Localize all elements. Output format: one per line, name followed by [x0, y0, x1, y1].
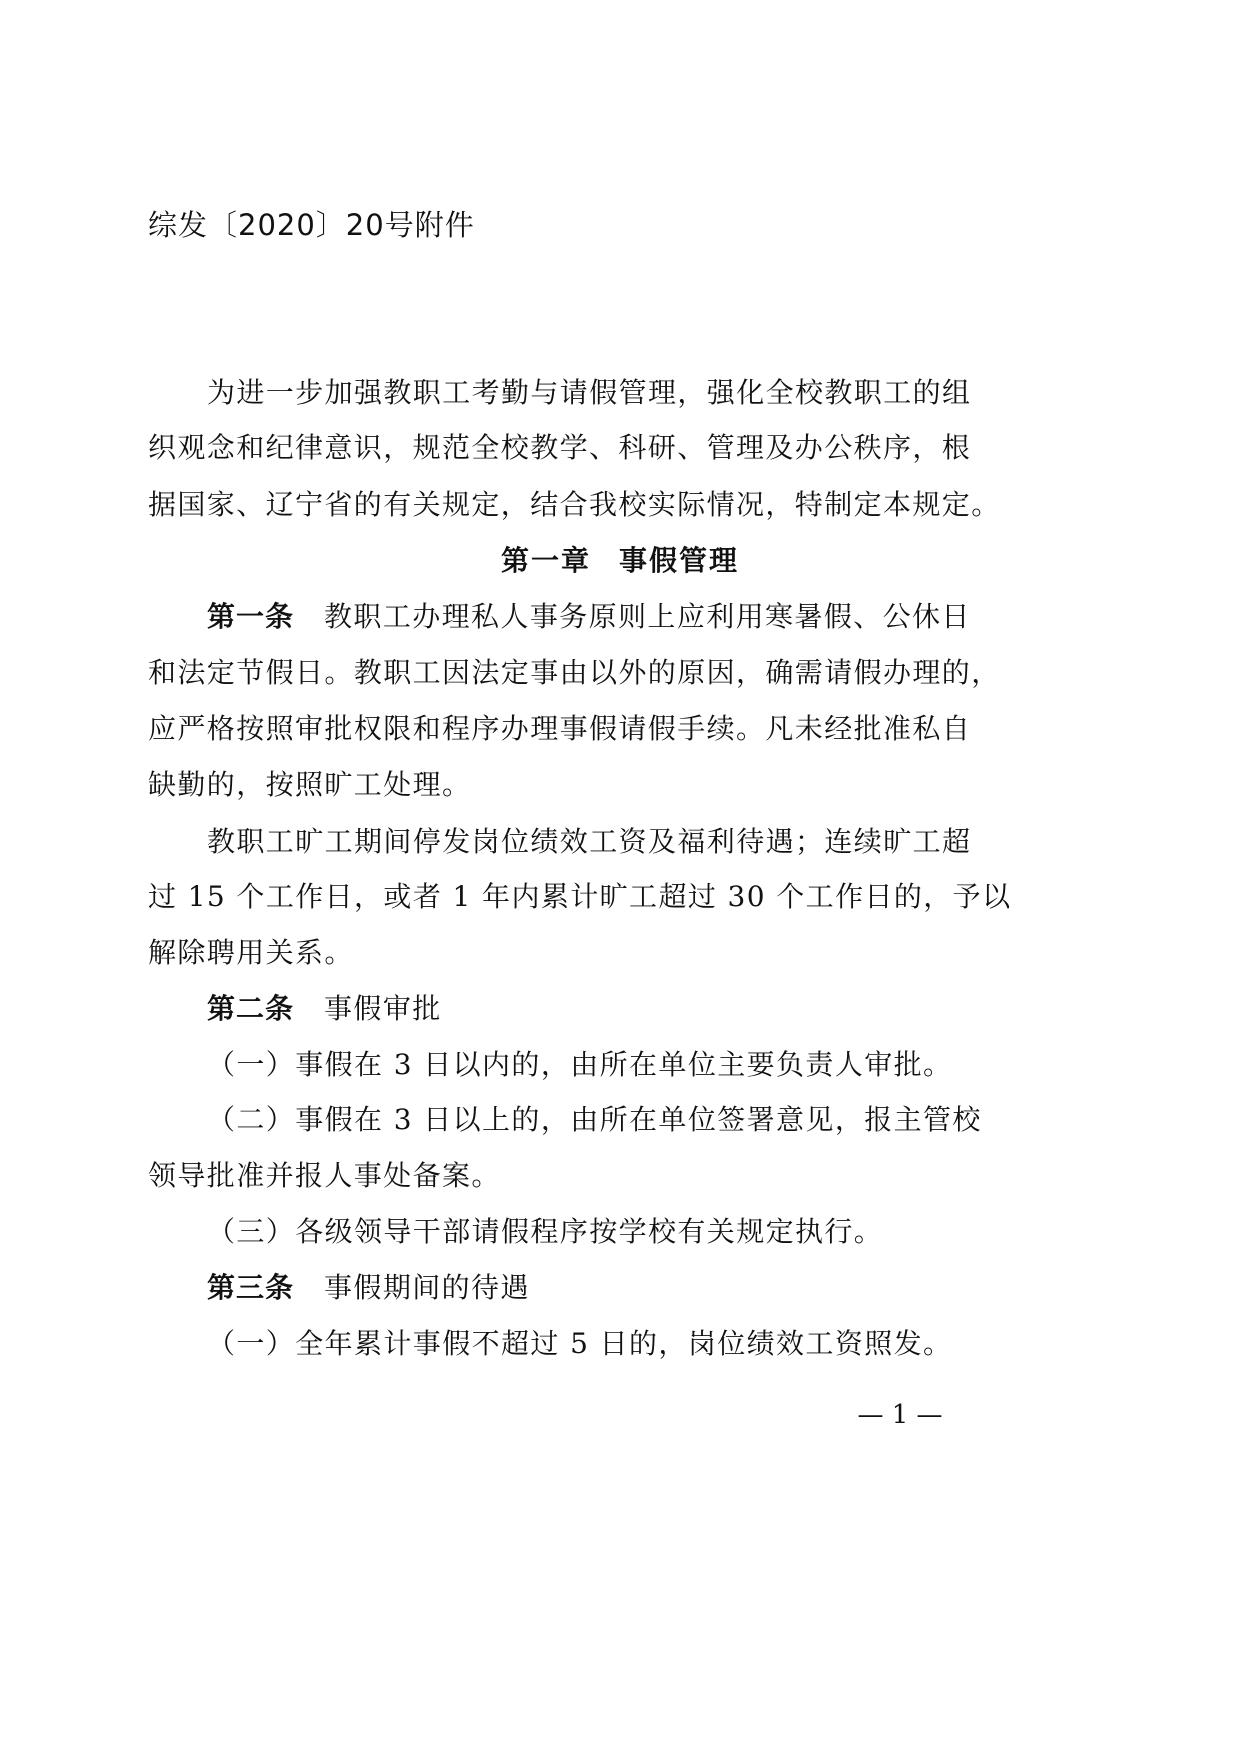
preamble-line: 为进一步加强教职工考勤与请假管理，强化全校教职工的组: [207, 373, 970, 413]
page-number: — 1 —: [0, 1395, 1240, 1435]
article-1-para-2-line: 解除聘用关系。: [148, 933, 970, 973]
document-reference: 综发〔2020〕20号附件: [148, 205, 475, 245]
article-1-line: 和法定节假日。教职工因法定事由以外的原因，确需请假办理的，: [148, 653, 970, 693]
article-2-item-2: （二）事假在 3 日以上的，由所在单位签署意见，报主管校: [207, 1100, 970, 1140]
article-3-heading: 第三条事假期间的待遇: [207, 1268, 970, 1308]
article-1-line: 缺勤的，按照旷工处理。: [148, 765, 970, 805]
preamble-line: 织观念和纪律意识，规范全校教学、科研、管理及办公秩序，根: [148, 428, 970, 468]
article-2-item-3: （三）各级领导干部请假程序按学校有关规定执行。: [207, 1212, 970, 1252]
document-page: 综发〔2020〕20号附件 为进一步加强教职工考勤与请假管理，强化全校教职工的组…: [0, 0, 1240, 1753]
article-1-line: 第一条教职工办理私人事务原则上应利用寒暑假、公休日: [207, 597, 970, 637]
chapter-title: 事假管理: [619, 544, 739, 577]
article-1-para-2-line: 过 15 个工作日，或者 1 年内累计旷工超过 30 个工作日的，予以: [148, 877, 970, 917]
article-2-item-2-cont: 领导批准并报人事处备案。: [148, 1156, 970, 1196]
article-label: 第一条: [207, 600, 294, 633]
article-title: 事假期间的待遇: [324, 1271, 530, 1304]
article-2-heading: 第二条事假审批: [207, 989, 970, 1029]
article-1-line: 应严格按照审批权限和程序办理事假请假手续。凡未经批准私自: [148, 709, 970, 749]
article-3-item-1: （一）全年累计事假不超过 5 日的，岗位绩效工资照发。: [207, 1324, 970, 1364]
article-title: 事假审批: [324, 992, 442, 1025]
article-2-item-1: （一）事假在 3 日以内的，由所在单位主要负责人审批。: [207, 1045, 970, 1085]
chapter-heading: 第一章事假管理: [0, 541, 1240, 581]
article-1-para-2-line: 教职工旷工期间停发岗位绩效工资及福利待遇；连续旷工超: [207, 822, 970, 862]
article-label: 第二条: [207, 992, 294, 1025]
chapter-number: 第一章: [501, 544, 591, 577]
article-label: 第三条: [207, 1271, 294, 1304]
article-text: 教职工办理私人事务原则上应利用寒暑假、公休日: [324, 600, 971, 633]
preamble-line: 据国家、辽宁省的有关规定，结合我校实际情况，特制定本规定。: [148, 485, 970, 525]
